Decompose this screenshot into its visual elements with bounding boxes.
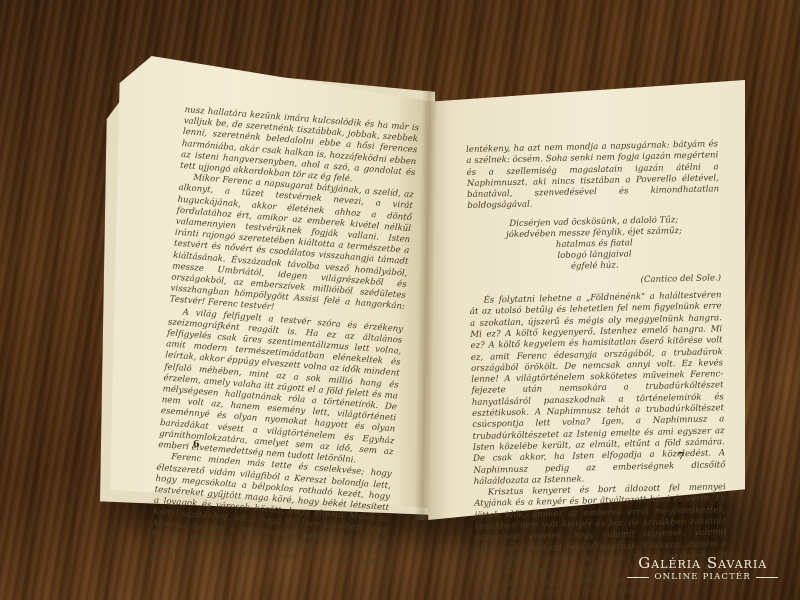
left-page-text: nusz hallatára kezünk imára kulcsolódik …	[149, 105, 419, 581]
photo-scene: nusz hallatára kezünk imára kulcsolódik …	[0, 0, 800, 600]
right-paragraph: Krisztus kenyeret és bort áldozott fel m…	[474, 482, 728, 600]
right-page-text: lentékeny, ha azt nem mondja a napsugárn…	[466, 139, 728, 600]
watermark: Galéria Savaria ONLINE PIACTÉR	[627, 554, 778, 582]
watermark-subtitle-row: ONLINE PIACTÉR	[627, 572, 778, 582]
watermark-rule-left	[627, 577, 649, 578]
poem-stanza: Dicsérjen vad öcskösünk, a daloló Tűz; j…	[468, 214, 721, 275]
watermark-rule-right	[756, 577, 778, 578]
page-number-right: 7	[678, 452, 684, 462]
page-number-left: 6	[193, 440, 199, 450]
right-paragraph: És folytatni lehetne a „Földnénénk" a ha…	[469, 290, 725, 488]
watermark-subtitle: ONLINE PIACTÉR	[654, 572, 751, 582]
right-paragraph: lentékeny, ha azt nem mondja a napsugárn…	[466, 139, 719, 212]
watermark-title: Galéria Savaria	[627, 554, 778, 572]
left-paragraph: Mikor Ferenc a napsugarat bátyjának, a s…	[169, 172, 414, 324]
poem-source: (Cantico del Sole.)	[469, 273, 721, 290]
left-paragraph: Ferenc minden más tette és cselekvése; h…	[149, 451, 392, 581]
